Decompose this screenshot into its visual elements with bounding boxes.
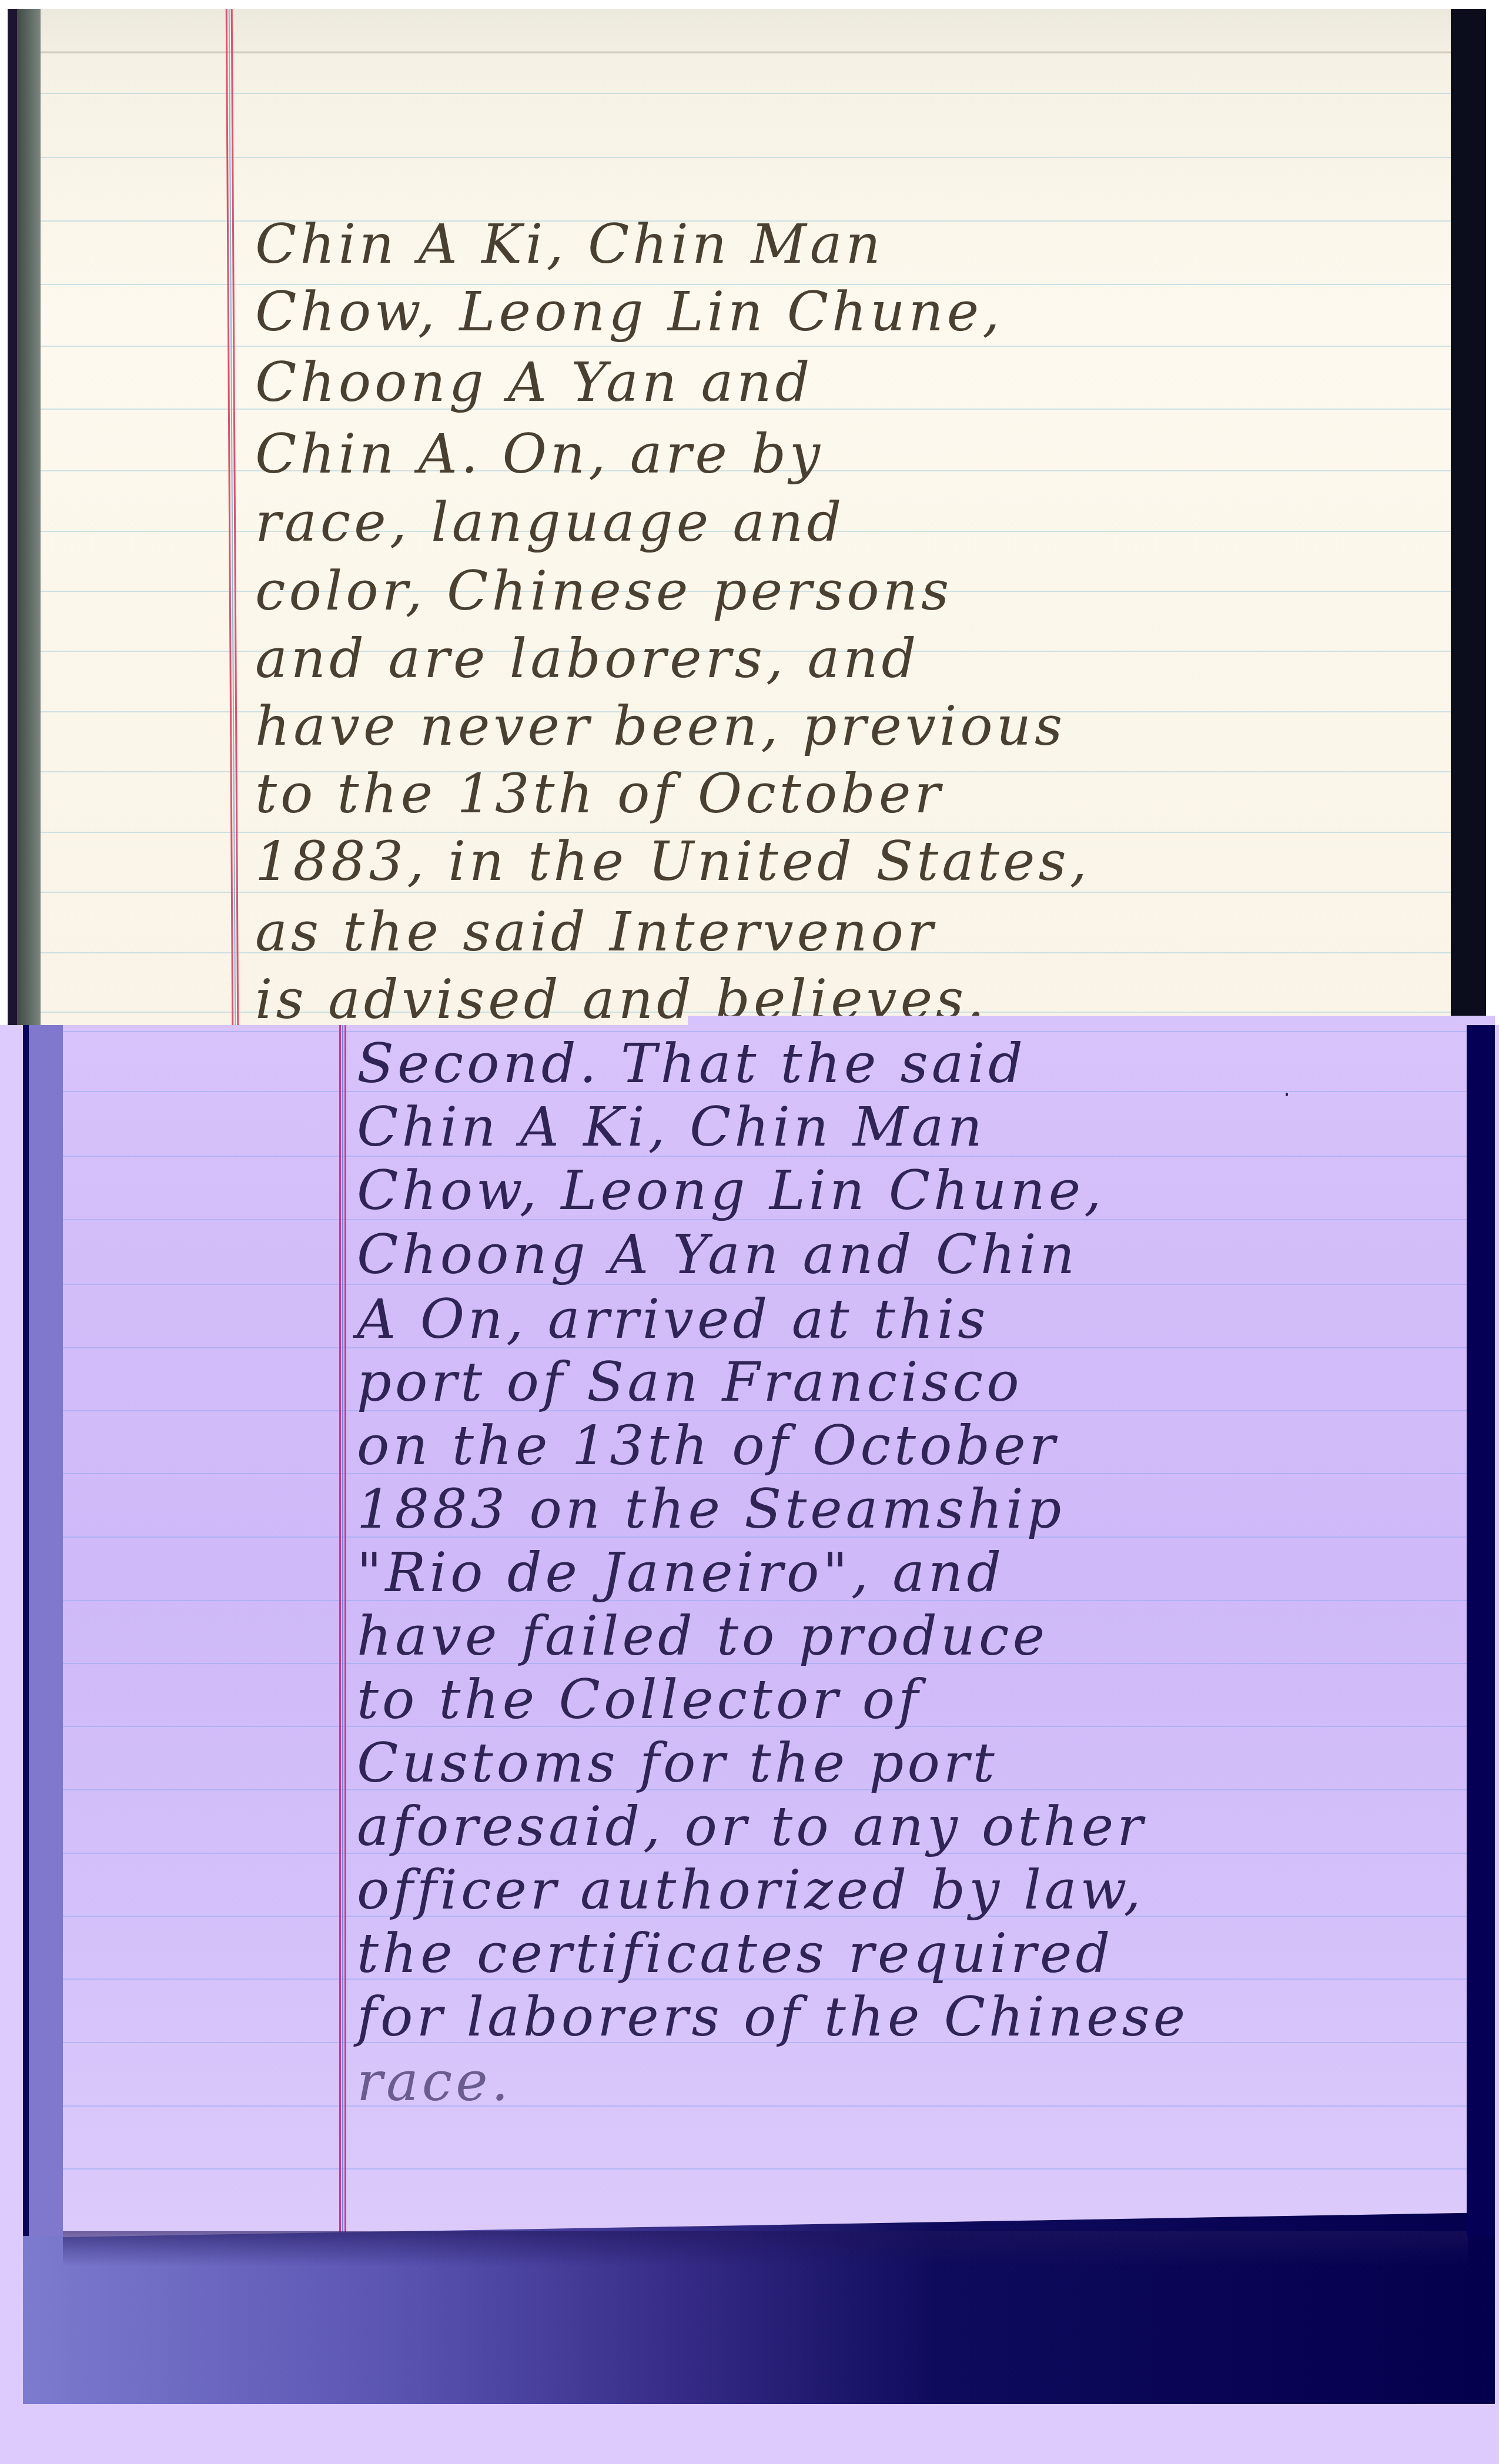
handwritten-line: and are laborers, and: [255, 632, 919, 686]
handwritten-line: have never been, previous: [255, 699, 1066, 754]
handwritten-line: as the said Intervenor: [255, 905, 936, 959]
bottom-paper-sheet: Second. That the said Chin A Ki, Chin Ma…: [63, 1025, 1468, 2237]
handwritten-line: Chin A Ki, Chin Man: [357, 1100, 986, 1154]
handwritten-line: color, Chinese persons: [255, 564, 952, 618]
handwritten-line: port of San Francisco: [357, 1355, 1023, 1410]
handwritten-line: "Rio de Janeiro", and: [357, 1546, 1005, 1600]
ruled-line: [41, 93, 1451, 94]
ruled-line: [41, 346, 1451, 347]
handwritten-line: Choong A Yan and: [255, 356, 813, 410]
handwritten-line: officer authorized by law,: [357, 1863, 1145, 1917]
handwritten-line: to the Collector of: [357, 1673, 922, 1727]
top-page-scan: Chin A Ki, Chin Man Chow, Leong Lin Chun…: [8, 9, 1486, 1026]
handwritten-line: Chin A. On, are by: [255, 427, 824, 481]
handwritten-line: Chow, Leong Lin Chune,: [255, 285, 1003, 339]
bottom-page-scan: Second. That the said Chin A Ki, Chin Ma…: [23, 1025, 1495, 2404]
handwritten-line: to the 13th of October: [255, 767, 943, 821]
red-blue-margin-line: [226, 9, 239, 1026]
handwritten-line: have failed to produce: [357, 1609, 1048, 1663]
handwritten-line: Second. That the said: [357, 1037, 1026, 1091]
ruled-line: [63, 2105, 1468, 2107]
handwritten-line: Chin A Ki, Chin Man: [255, 217, 884, 272]
ruled-line: [63, 2168, 1468, 2170]
handwritten-line: on the 13th of October: [357, 1419, 1059, 1473]
handwritten-line: Chow, Leong Lin Chune,: [357, 1164, 1105, 1218]
scan-right-edge: [1467, 1025, 1495, 2236]
scan-left-edge: [8, 9, 17, 1026]
red-blue-margin-line: [339, 1025, 346, 2237]
handwritten-line: 1883 on the Steamship: [357, 1482, 1065, 1536]
scan-left-binding-strip: [17, 9, 41, 1026]
ink-speck: [1286, 1093, 1288, 1096]
handwritten-line: race.: [357, 2055, 512, 2109]
ruled-line: [41, 157, 1451, 158]
handwritten-line: 1883, in the United States,: [255, 835, 1090, 889]
scan-left-binding-strip: [29, 1025, 64, 2236]
scan-left-edge: [23, 1025, 29, 2236]
scan-right-edge: [1451, 9, 1486, 1026]
handwritten-line: A On, arrived at this: [357, 1293, 989, 1347]
handwritten-line: the certificates required: [357, 1927, 1113, 1981]
handwritten-line: for laborers of the Chinese: [357, 1990, 1189, 2044]
handwritten-line: Choong A Yan and Chin: [357, 1228, 1078, 1282]
paper-fold-crease: [41, 51, 1451, 53]
handwritten-line: race, language and: [255, 496, 845, 550]
top-paper-sheet: Chin A Ki, Chin Man Chow, Leong Lin Chun…: [41, 9, 1451, 1026]
handwritten-line: Customs for the port: [357, 1736, 998, 1790]
paper-drop-shadow: [63, 2231, 1468, 2267]
handwritten-line: aforesaid, or to any other: [357, 1800, 1146, 1854]
